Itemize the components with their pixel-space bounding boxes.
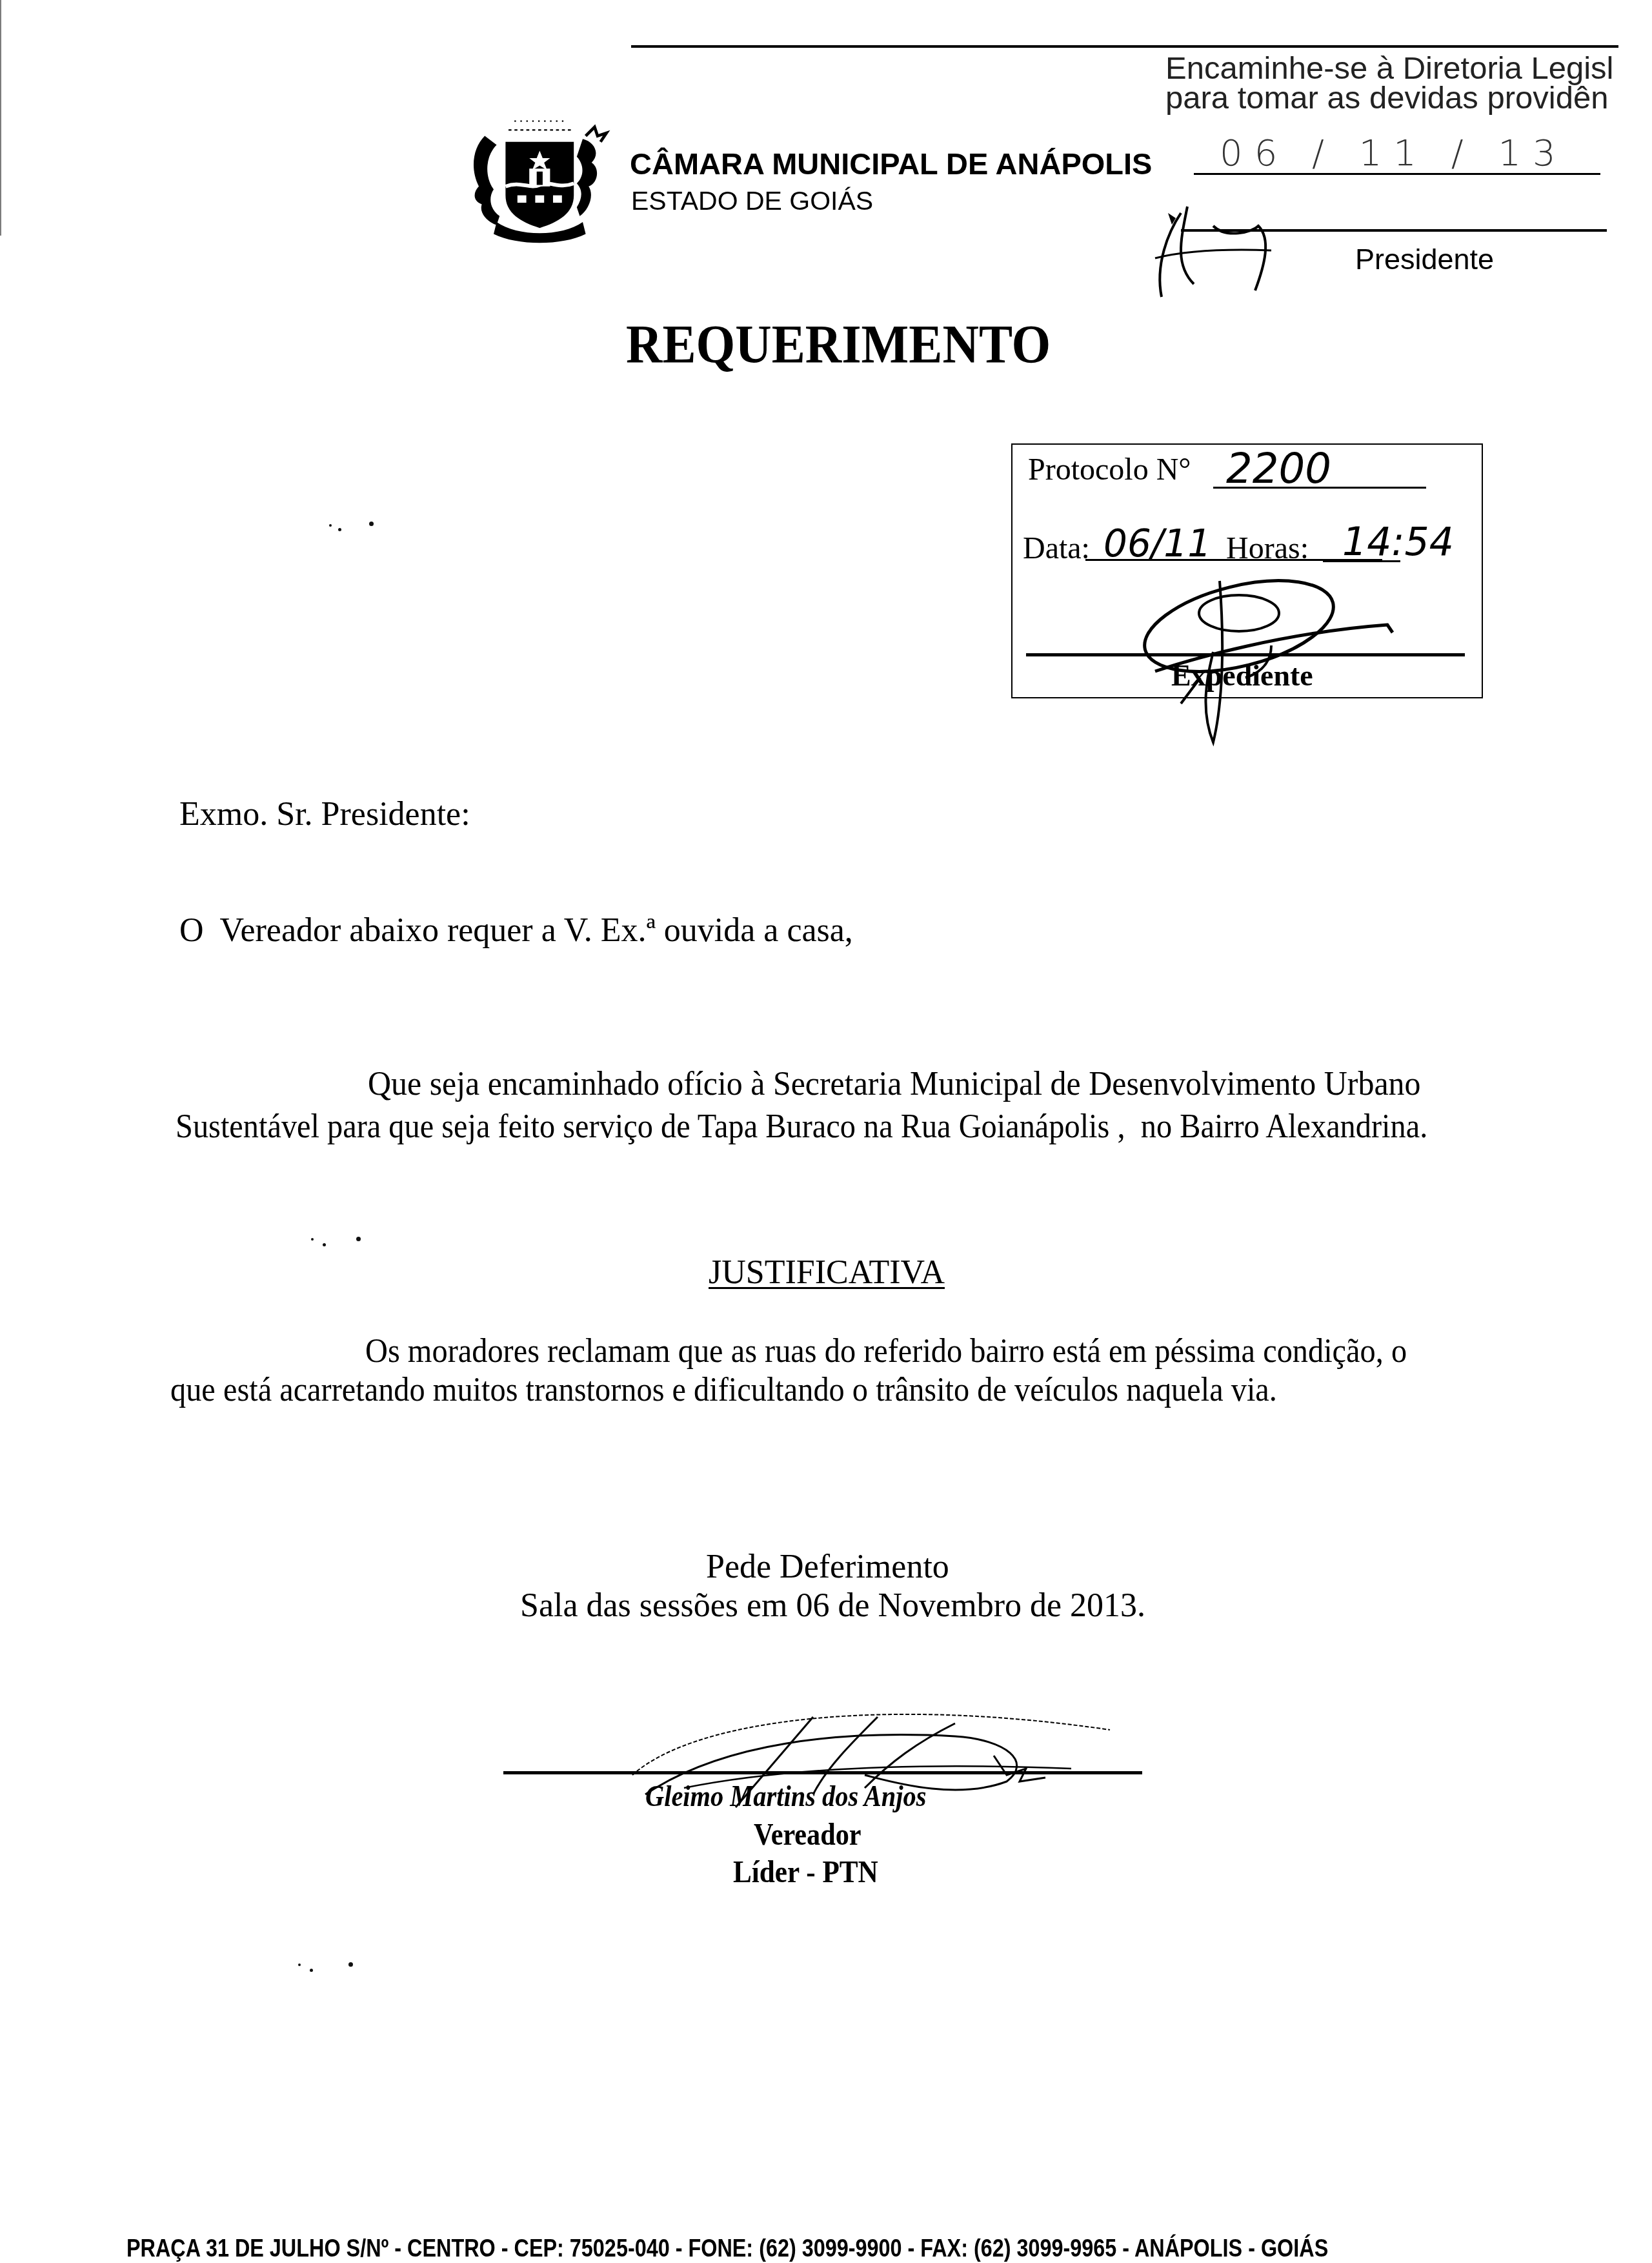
municipal-coat-of-arms-icon — [463, 103, 613, 252]
protocol-hour-rule — [1323, 560, 1400, 562]
dispatch-stamp-signer-title: Presidente — [1355, 243, 1494, 276]
protocol-number-rule — [1213, 487, 1426, 489]
justification-heading: JUSTIFICATIVA — [709, 1253, 945, 1292]
signer-party-text: Líder - PTN — [733, 1854, 878, 1890]
justification-line-1: Os moradores reclamam que as ruas do ref… — [365, 1332, 1486, 1370]
header-top-rule — [631, 45, 1618, 48]
scan-speck — [310, 1969, 313, 1972]
justification-line-1-text: Os moradores reclamam que as ruas do ref… — [365, 1332, 1407, 1370]
signer-role-text: Vereador — [754, 1817, 861, 1852]
signer-party: Líder - PTN — [733, 1854, 894, 1890]
request-line-1-text: Que seja encaminhado ofício à Secretaria… — [368, 1065, 1421, 1103]
scan-speck — [348, 1962, 353, 1967]
scan-speck — [369, 522, 374, 526]
protocol-number: 2200 — [1226, 445, 1331, 493]
signature-rule — [503, 1771, 1142, 1774]
closing-request: Pede Deferimento — [706, 1548, 949, 1586]
protocol-hour: 14:54 — [1342, 520, 1454, 565]
salutation: Exmo. Sr. Presidente: — [179, 795, 470, 833]
justification-line-2: que está acarretando muitos transtornos … — [170, 1371, 1360, 1409]
scan-speck — [329, 524, 332, 527]
intro-paragraph: O Vereador abaixo requer a V. Ex.ª ouvid… — [179, 911, 853, 949]
dispatch-stamp-line-2: para tomar as devidas providên — [1165, 80, 1608, 116]
justification-line-2-text: que está acarretando muitos transtornos … — [170, 1371, 1277, 1409]
scan-speck — [311, 1238, 314, 1241]
scan-speck — [298, 1964, 301, 1966]
protocol-hour-label: Horas: — [1226, 531, 1309, 566]
protocol-date-label: Data: — [1023, 531, 1090, 566]
document-title-text: REQUERIMENTO — [626, 314, 1051, 376]
president-signature-icon — [1142, 187, 1336, 310]
signer-name-text: Gleimo Martins dos Anjos — [645, 1779, 926, 1814]
request-paragraph-line-2: Sustentável para que seja feito serviço … — [176, 1108, 1522, 1146]
scan-edge-mark — [0, 0, 1, 236]
footer-address: PRAÇA 31 DE JULHO S/Nº - CENTRO - CEP: 7… — [126, 2235, 1575, 2263]
organization-state: ESTADO DE GOIÁS — [631, 186, 873, 216]
protocol-number-label: Protocolo N° — [1028, 452, 1191, 487]
request-line-2-text: Sustentável para que seja feito serviço … — [176, 1108, 1427, 1146]
scan-speck — [338, 528, 341, 531]
document-title: REQUERIMENTO — [626, 314, 1083, 376]
closing-place-date: Sala das sessões em 06 de Novembro de 20… — [520, 1587, 1145, 1625]
dispatch-stamp-date: 06 / 11 / 13 — [1220, 132, 1567, 174]
organization-name: CÂMARA MUNICIPAL DE ANÁPOLIS — [630, 146, 1152, 181]
dispatch-stamp-signature-rule — [1181, 229, 1607, 232]
footer-address-text: PRAÇA 31 DE JULHO S/Nº - CENTRO - CEP: 7… — [126, 2235, 1328, 2263]
request-paragraph-line-1: Que seja encaminhado ofício à Secretaria… — [368, 1065, 1465, 1103]
clerk-signature-icon — [1116, 568, 1452, 749]
signer-role: Vereador — [754, 1817, 876, 1852]
dispatch-stamp-date-rule — [1194, 173, 1600, 175]
signer-name: Gleimo Martins dos Anjos — [645, 1779, 972, 1814]
scan-speck — [323, 1243, 326, 1246]
scan-speck — [356, 1237, 361, 1241]
